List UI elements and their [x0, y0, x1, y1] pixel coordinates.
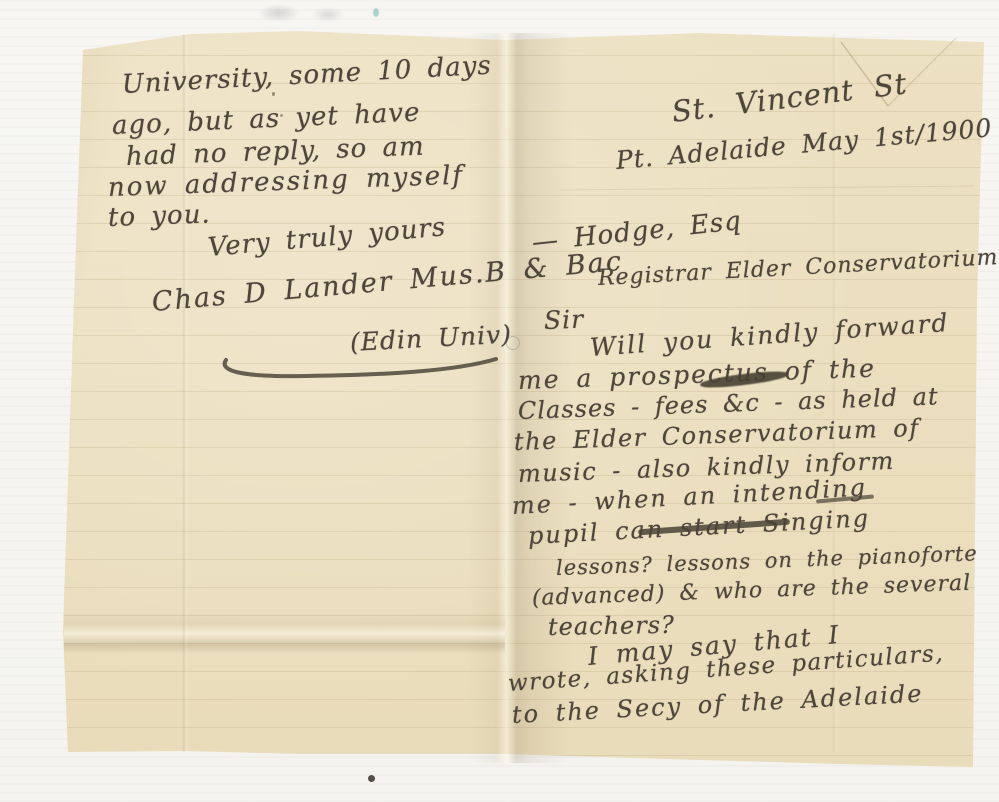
ink-speck: [272, 92, 275, 96]
ink-speck: [280, 114, 283, 117]
scan-smudge: [258, 4, 300, 22]
body-line: to you.: [107, 199, 211, 233]
scan-speck: [368, 775, 375, 782]
scan-smudge: [312, 7, 344, 22]
scan-mark-teal: [373, 8, 379, 17]
signature-flourish: [216, 352, 506, 382]
salutation: Sir: [543, 305, 584, 335]
paper-mark: [506, 336, 520, 350]
letter-scan: University, some 10 days ago, but as yet…: [0, 0, 999, 802]
